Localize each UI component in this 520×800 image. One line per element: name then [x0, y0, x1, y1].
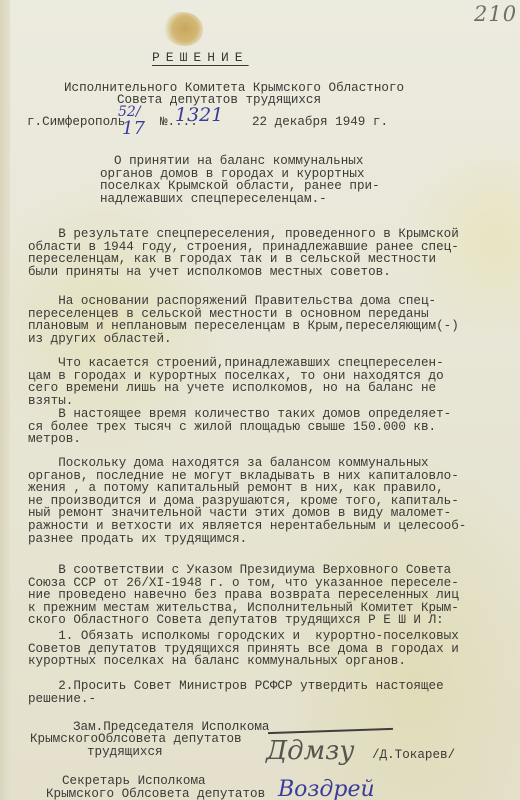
secretary-signature: Воздрей [278, 777, 375, 800]
subject-line: О принятии на баланс коммунальных [114, 155, 363, 168]
paragraph-line: ского Областного Совета депутатов трудящ… [28, 613, 444, 627]
document-title: РЕШЕНИЕ [152, 52, 249, 65]
archive-page-number: 210 [474, 2, 517, 26]
page-binding-edge [0, 0, 10, 800]
secretary-title: Крымского Облсовета депутатов [46, 788, 265, 800]
deputy-chair-title: КрымскогоОблсовета депутатов [30, 733, 242, 746]
paragraph-line: из других областей. [28, 332, 172, 346]
deputy-chair-signature: Ддмзу [266, 736, 354, 766]
subject-line: поселках Крымской области, ранее при- [100, 180, 380, 193]
paragraph-line: решение.- [28, 692, 96, 706]
paragraph-line: были приняты на учет исполкомов местных … [28, 265, 391, 279]
paragraph-line: ся более трех тысяч с жилой площадью свы… [28, 420, 436, 434]
paragraph-line: взяты. [28, 394, 73, 408]
secretary-title: Секретарь Исполкома [62, 775, 206, 788]
place-of-issue: г.Симферополь [27, 116, 125, 129]
handwritten-fraction-bottom: 17 [122, 118, 145, 139]
paper-stain [163, 12, 203, 46]
deputy-chair-name: /Д.Токарев/ [372, 749, 455, 762]
paragraph-line: разнее продать их трудящимся. [28, 532, 247, 546]
paragraph-line: сего времени лишь на учете исполкомов, н… [28, 381, 436, 395]
paragraph-line: метров. [28, 432, 81, 446]
paragraph-line: курортных поселках на баланс коммунальны… [28, 654, 406, 668]
document-date: 22 декабря 1949 г. [252, 116, 388, 129]
subject-line: надлежавших спецпереселенцам.- [100, 193, 327, 206]
handwritten-number: 1321 [175, 104, 223, 126]
deputy-chair-title: трудящихся [87, 746, 163, 759]
